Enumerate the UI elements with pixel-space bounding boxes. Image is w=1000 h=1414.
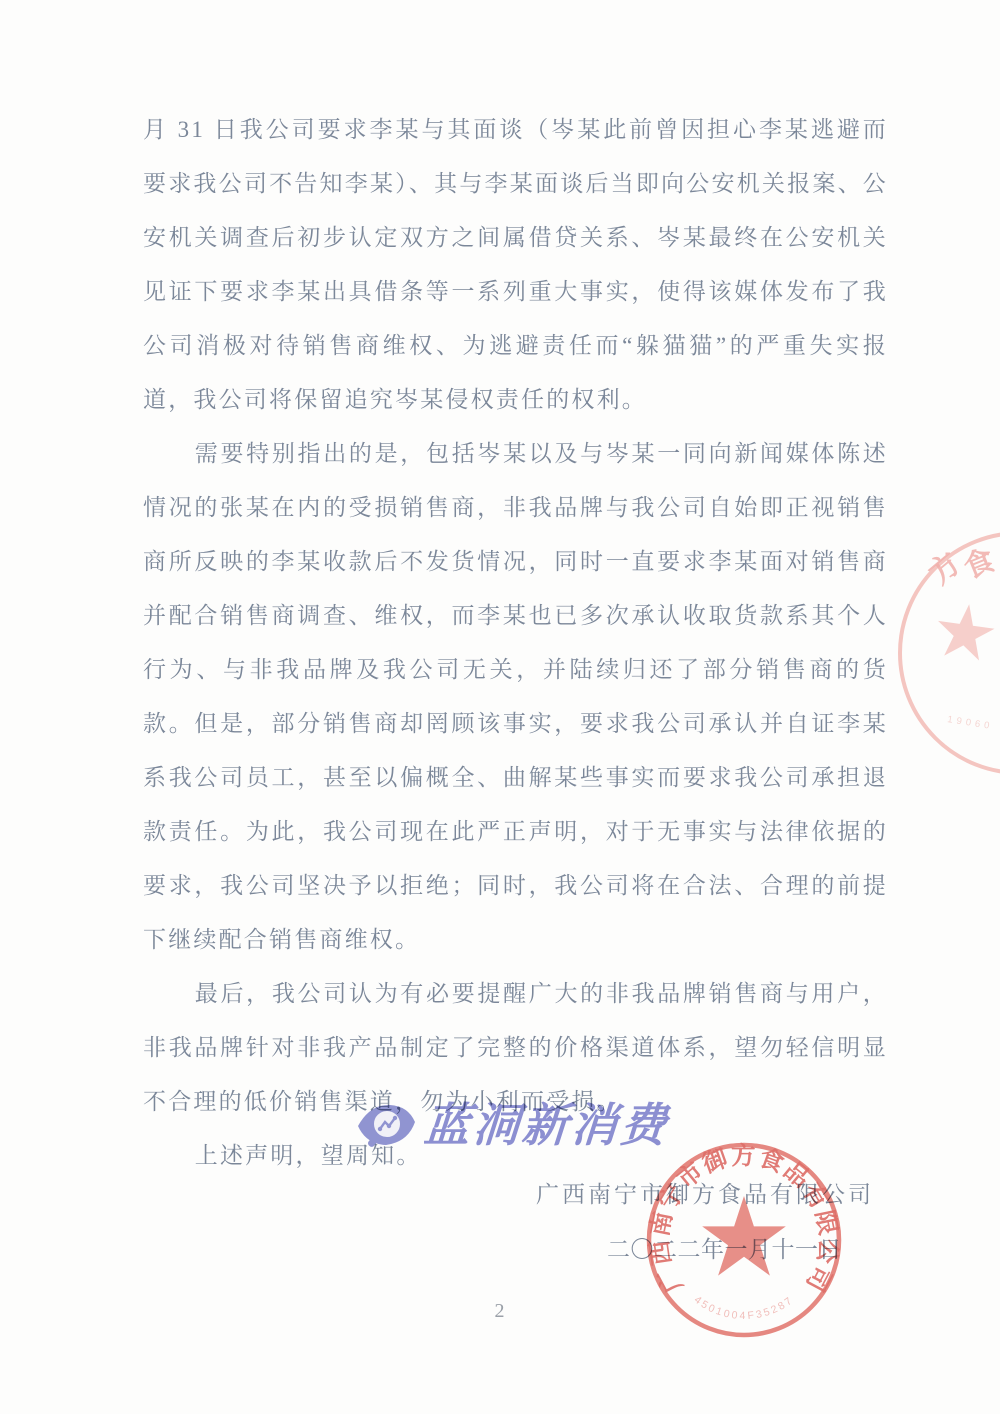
page-number: 2	[0, 1300, 1000, 1323]
scanned-statement-page: 月 31 日我公司要求李某与其面谈（岑某此前曾因担心李某逃避而要求我公司不告知李…	[0, 0, 1000, 1414]
edge-seal-code: 19060	[947, 714, 995, 732]
paragraph-continuation: 月 31 日我公司要求李某与其面谈（岑某此前曾因担心李某逃避而要求我公司不告知李…	[143, 103, 888, 427]
statement-body: 月 31 日我公司要求李某与其面谈（岑某此前曾因担心李某逃避而要求我公司不告知李…	[143, 103, 888, 1183]
edge-seal-star-icon	[933, 600, 997, 662]
eye-magnifier-icon	[356, 1098, 418, 1152]
media-watermark: 蓝洞新消费	[356, 1098, 669, 1152]
edge-seal-char-2: 食	[959, 544, 999, 586]
partial-edge-seal: 方 食 19060	[895, 518, 1000, 788]
paragraph-clarification: 需要特别指出的是，包括岑某以及与岑某一同向新闻媒体陈述情况的张某在内的受损销售商…	[143, 427, 888, 967]
seal-star-icon	[702, 1196, 786, 1276]
